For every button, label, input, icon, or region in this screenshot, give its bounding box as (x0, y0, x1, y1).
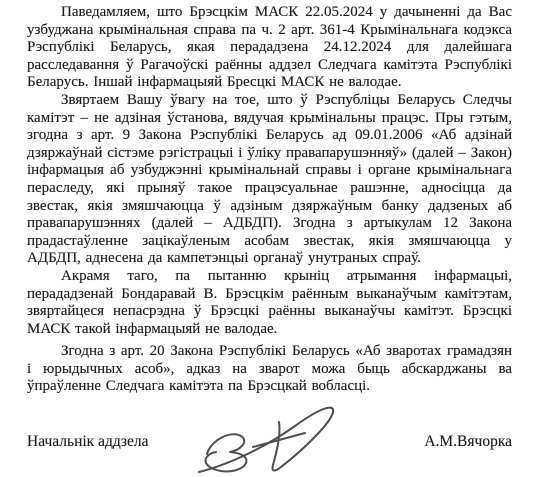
signer-name: А.М.Вячорка (424, 433, 512, 451)
scanned-letter-page: Паведамляем, што Брэсцкім МАСК 22.05.202… (0, 0, 538, 477)
signer-position-title: Начальнік аддзела (27, 433, 149, 451)
letter-paragraph-2: Звяртаем Вашу ўвагу на тое, што ў Рэспуб… (27, 92, 512, 268)
letter-paragraph-3: Акрамя таго, па пытанню крыніц атрымання… (27, 268, 512, 338)
signature-block: Начальнік аддзела А.М.Вячорка (27, 433, 512, 451)
letter-paragraph-4: Згодна з арт. 20 Закона Рэспублікі Белар… (27, 343, 512, 396)
letter-paragraph-1: Паведамляем, што Брэсцкім МАСК 22.05.202… (27, 4, 512, 92)
